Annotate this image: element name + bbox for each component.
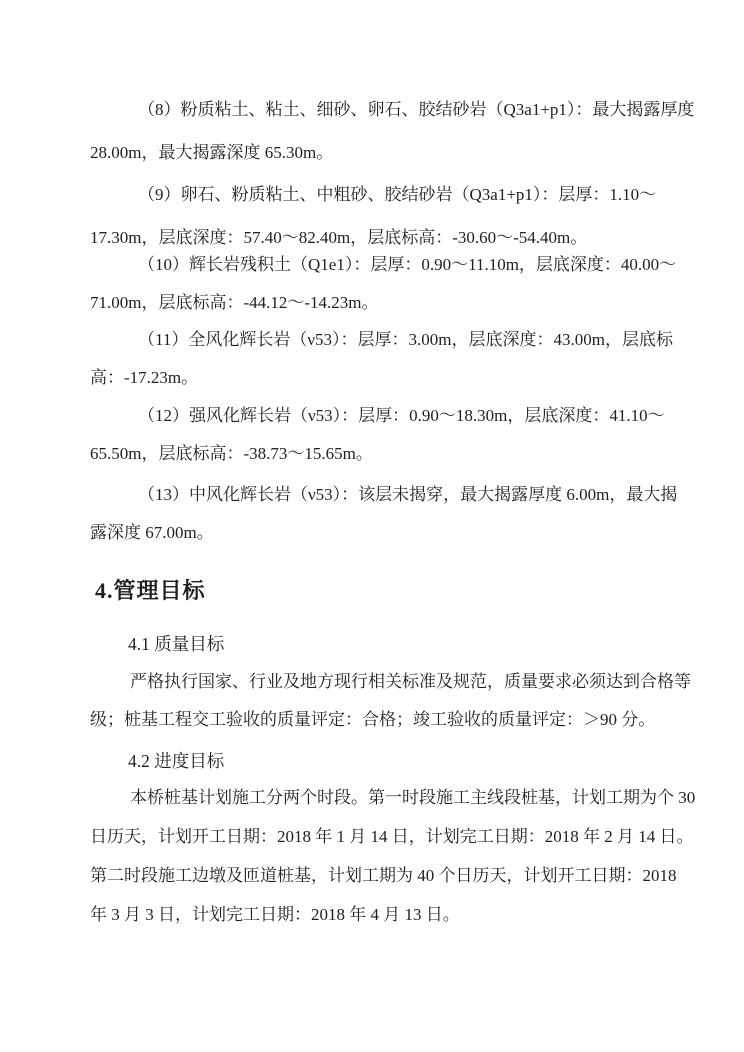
paragraph-line: 28.00m，最大揭露深度 65.30m。 <box>90 131 662 174</box>
paragraph-line: （9）卵石、粉质粘土、中粗砂、胶结砂岩（Q3a1+p1）：层厚：1.10～ <box>90 173 662 216</box>
paragraph-line: （12）强风化辉长岩（ν53）：层厚：0.90～18.30m，层底深度：41.1… <box>90 397 662 435</box>
schedule-paragraph: 本桥桩基计划施工分两个时段。第一时段施工主线段桩基，计划工期为个 30 日历天，… <box>90 778 662 934</box>
paragraph-line: 年 3 月 3 日，计划完工日期：2018 年 4 月 13 日。 <box>90 895 662 934</box>
paragraph-line: （11）全风化辉长岩（ν53）：层厚：3.00m，层底深度：43.00m，层底标 <box>90 321 662 359</box>
paragraph-line: （10）辉长岩残积土（Q1e1）：层厚：0.90～11.10m，层底深度：40.… <box>90 246 662 284</box>
paragraph-line: 本桥桩基计划施工分两个时段。第一时段施工主线段桩基，计划工期为个 30 <box>90 778 662 817</box>
geology-paragraph-12: （12）强风化辉长岩（ν53）：层厚：0.90～18.30m，层底深度：41.1… <box>90 397 662 473</box>
geology-paragraph-11: （11）全风化辉长岩（ν53）：层厚：3.00m，层底深度：43.00m，层底标… <box>90 321 662 397</box>
paragraph-line: 第二时段施工边墩及匝道桩基，计划工期为 40 个日历天，计划开工日期：2018 <box>90 856 662 895</box>
subsection-heading-schedule: 4.2 进度目标 <box>128 749 224 773</box>
paragraph-line: 级；桩基工程交工验收的质量评定：合格；竣工验收的质量评定：＞90 分。 <box>90 701 662 739</box>
geology-paragraph-10: （10）辉长岩残积土（Q1e1）：层厚：0.90～11.10m，层底深度：40.… <box>90 246 662 322</box>
section-heading: 4.管理目标 <box>95 576 206 606</box>
paragraph-line: 65.50m，层底标高：-38.73～15.65m。 <box>90 435 662 473</box>
paragraph-line: 高：-17.23m。 <box>90 359 662 397</box>
paragraph-line: 露深度 67.00m。 <box>90 514 662 552</box>
geology-paragraph-13: （13）中风化辉长岩（ν53）：该层未揭穿，最大揭露厚度 6.00m，最大揭 露… <box>90 476 662 552</box>
paragraph-line: 71.00m，层底标高：-44.12～-14.23m。 <box>90 284 662 322</box>
paragraph-line: 严格执行国家、行业及地方现行相关标准及规范，质量要求必须达到合格等 <box>90 663 662 701</box>
paragraph-line: 日历天，计划开工日期：2018 年 1 月 14 日，计划完工日期：2018 年… <box>90 817 662 856</box>
quality-paragraph: 严格执行国家、行业及地方现行相关标准及规范，质量要求必须达到合格等 级；桩基工程… <box>90 663 662 739</box>
geology-paragraph-8: （8）粉质粘土、粘土、细砂、卵石、胶结砂岩（Q3a1+p1）：最大揭露厚度 28… <box>90 88 662 174</box>
paragraph-line: （8）粉质粘土、粘土、细砂、卵石、胶结砂岩（Q3a1+p1）：最大揭露厚度 <box>90 88 662 131</box>
document-page: （8）粉质粘土、粘土、细砂、卵石、胶结砂岩（Q3a1+p1）：最大揭露厚度 28… <box>0 0 744 1052</box>
paragraph-line: （13）中风化辉长岩（ν53）：该层未揭穿，最大揭露厚度 6.00m，最大揭 <box>90 476 662 514</box>
subsection-heading-quality: 4.1 质量目标 <box>128 632 224 656</box>
